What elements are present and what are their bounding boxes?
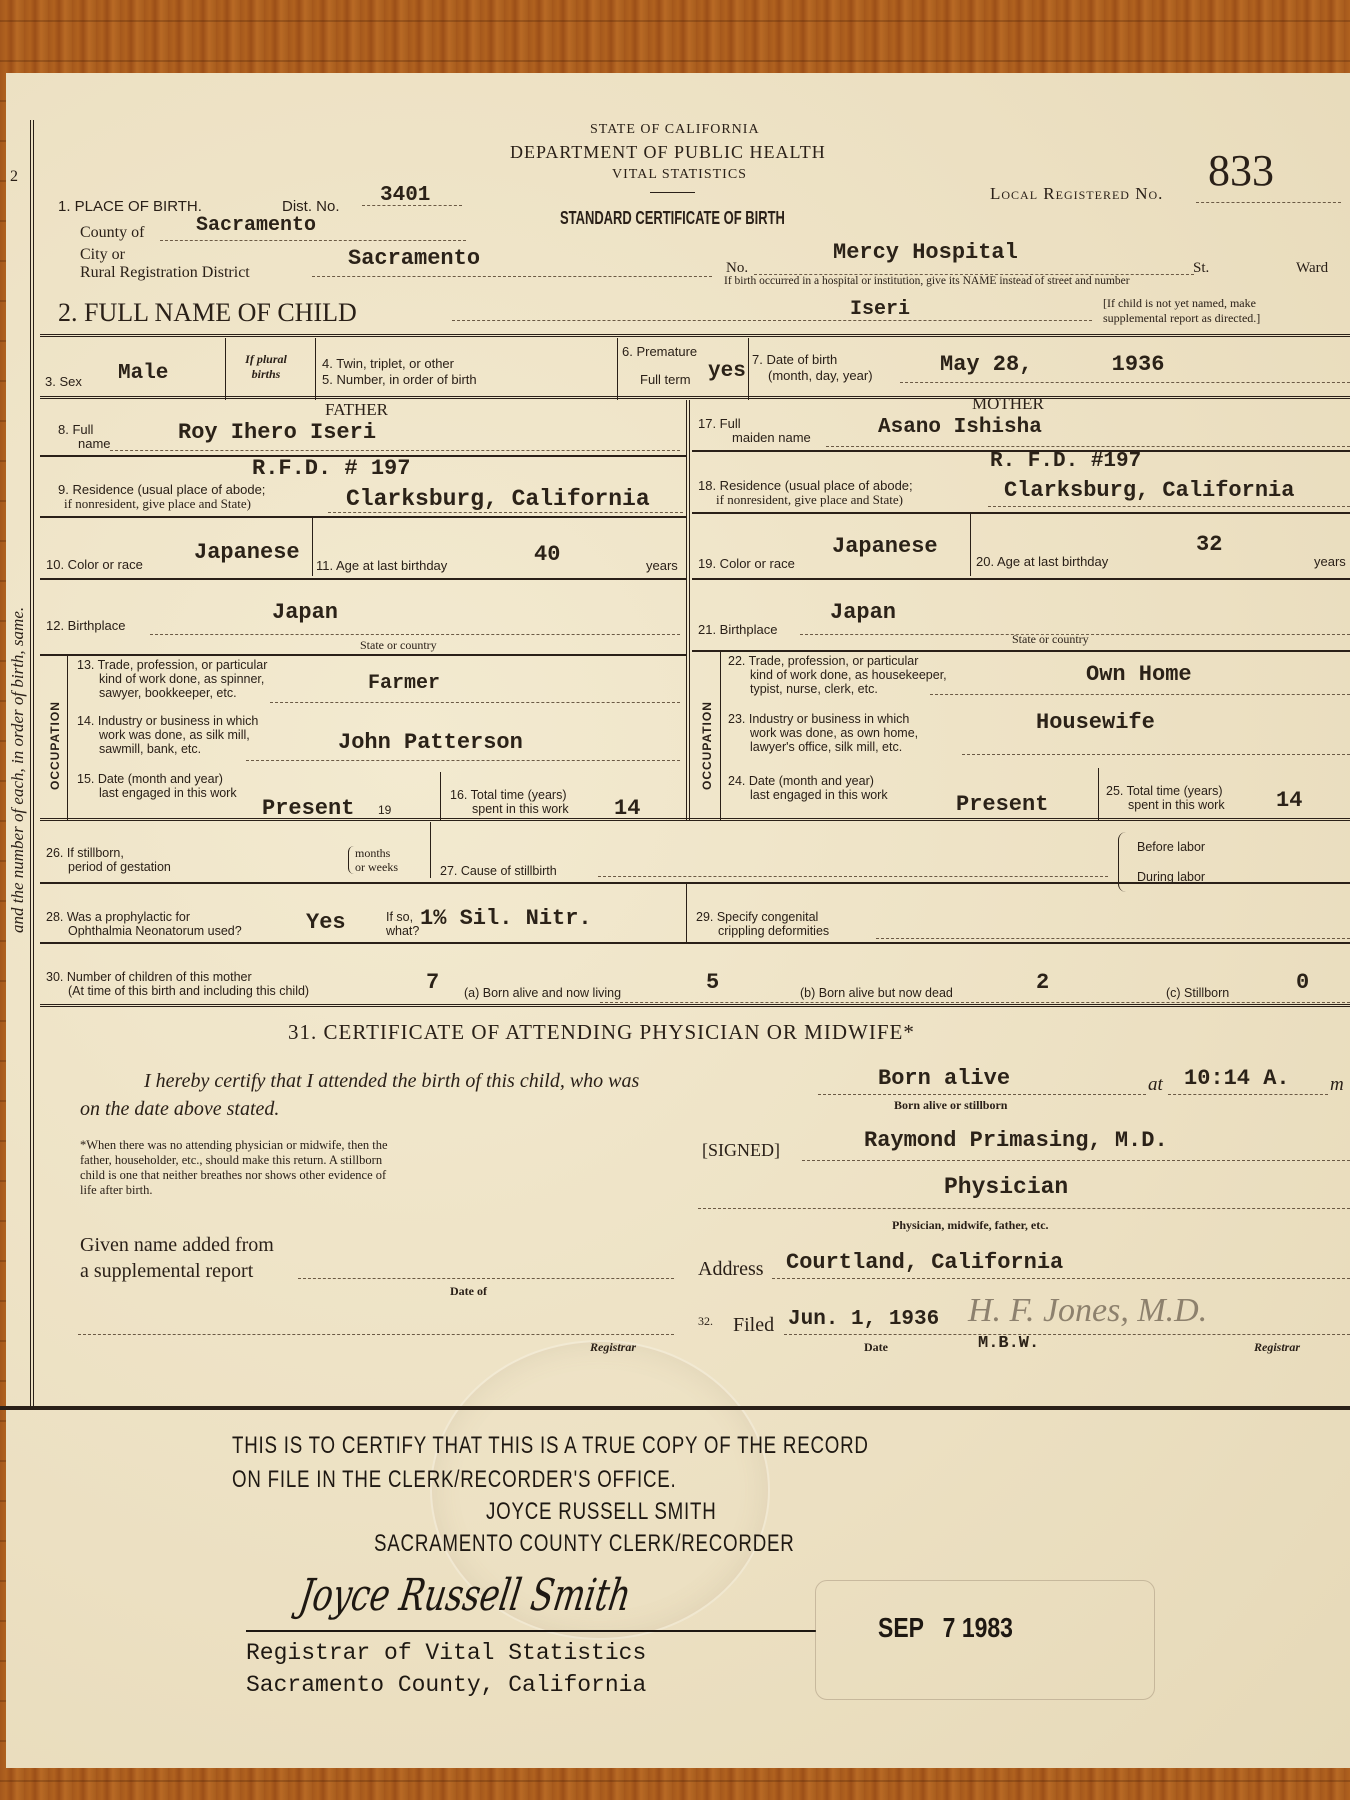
divider	[40, 654, 686, 656]
divider	[686, 400, 690, 820]
form-title: STANDARD CERTIFICATE OF BIRTH	[560, 208, 785, 229]
certify-text-1: I hereby certify that I attended the bir…	[144, 1070, 639, 1093]
signed-name-value: Raymond Primasing, M.D.	[864, 1128, 1168, 1153]
name-note-2: supplemental report as directed.]	[1103, 311, 1260, 326]
divider	[40, 1004, 1350, 1007]
cause-of-stillbirth-label: 27. Cause of stillbirth	[440, 864, 557, 878]
dist-no-label: Dist. No.	[282, 198, 340, 215]
mother-years-label: years	[1314, 554, 1346, 569]
mother-total-time-value: 14	[1276, 788, 1302, 813]
line	[826, 446, 1350, 447]
physician-footnote: *When there was no attending physician o…	[80, 1138, 400, 1198]
line	[1196, 202, 1341, 203]
divider	[692, 512, 1350, 514]
father-name-label-2: name	[78, 436, 111, 451]
line	[246, 760, 680, 761]
stillborn-value: 0	[1296, 970, 1309, 995]
line	[802, 1160, 1350, 1161]
father-residence-line2: Clarksburg, California	[346, 486, 650, 512]
label-line: last engaged in this work	[728, 788, 888, 802]
born-alive-dead-value: 2	[1036, 970, 1049, 995]
father-total-time-label: 16. Total time (years) spent in this wor…	[450, 788, 569, 816]
mother-birthplace-value: Japan	[830, 600, 896, 625]
father-occupation-label: OCCUPATION	[48, 690, 62, 790]
divider	[315, 338, 316, 400]
label-line: 29. Specify congenital	[696, 910, 829, 924]
line	[78, 1334, 674, 1335]
county-label: County of	[80, 224, 144, 242]
father-residence-label-2: if nonresident, give place and State)	[64, 496, 251, 512]
divider	[225, 338, 226, 400]
filing-registrar-caption: Registrar	[1254, 1340, 1300, 1355]
clerk-signature: Joyce Russell Smith	[296, 1570, 634, 1621]
line	[962, 754, 1350, 755]
local-registered-no: 833	[1208, 145, 1274, 196]
filed-label: Filed	[733, 1314, 774, 1337]
line	[772, 1278, 1350, 1279]
born-alive-living-value: 5	[706, 970, 719, 995]
father-residence-label-1: 9. Residence (usual place of abode;	[58, 482, 265, 497]
label-line: work was done, as own home,	[728, 726, 918, 740]
label-line: Ophthalmia Neonatorum used?	[46, 924, 242, 938]
label-line: last engaged in this work	[77, 786, 237, 800]
header-state: STATE OF CALIFORNIA	[590, 122, 760, 138]
mother-name-label-2: maiden name	[732, 430, 811, 445]
cert-line-2: ON FILE IN THE CLERK/RECORDER'S OFFICE.	[232, 1466, 677, 1494]
dob-value: May 28, 1936	[940, 352, 1164, 377]
mother-residence-label-1: 18. Residence (usual place of abode;	[698, 478, 913, 493]
divider	[686, 884, 687, 942]
city-value: Sacramento	[348, 246, 480, 271]
mother-residence-line1: R. F.D. #197	[990, 450, 1141, 473]
address-value: Courtland, California	[786, 1250, 1063, 1275]
st-label: St.	[1193, 260, 1209, 277]
sex-label: 3. Sex	[45, 374, 82, 389]
line	[328, 512, 683, 513]
physician-cert-title: 31. CERTIFICATE OF ATTENDING PHYSICIAN O…	[288, 1020, 915, 1045]
margin-side-note: and the number of each, in order of birt…	[8, 480, 32, 1060]
label-line: 26. If stillborn,	[46, 846, 171, 860]
line	[298, 1278, 674, 1279]
label-line: period of gestation	[46, 860, 171, 874]
supplemental-registrar-caption: Registrar	[590, 1340, 636, 1355]
mother-residence-line2: Clarksburg, California	[1004, 478, 1294, 503]
address-label: Address	[698, 1258, 764, 1281]
divider	[312, 516, 313, 576]
label-line: kind of work done, as spinner,	[77, 672, 267, 686]
plural-births-label: If plural births	[235, 352, 297, 382]
born-alive-living-label: (a) Born alive and now living	[464, 986, 621, 1000]
label-line: sawyer, bookkeeper, etc.	[77, 686, 267, 700]
father-race-label: 10. Color or race	[46, 557, 143, 572]
name-note-1: [If child is not yet named, make	[1103, 296, 1256, 311]
order-label: 5. Number, in order of birth	[322, 372, 477, 387]
mother-age-label: 20. Age at last birthday	[976, 554, 1108, 569]
label-line: spent in this work	[1106, 798, 1225, 812]
mother-birthplace-label: 21. Birthplace	[698, 622, 778, 637]
line	[270, 702, 680, 703]
line	[598, 876, 1108, 877]
line	[1168, 1094, 1328, 1095]
mother-race-value: Japanese	[832, 534, 938, 559]
local-registered-label: Local Registered No.	[990, 184, 1163, 204]
father-state-country-label: State or country	[360, 638, 437, 653]
line	[362, 205, 462, 206]
m-label: m	[1330, 1074, 1344, 1096]
label-line: 23. Industry or business in which	[728, 712, 918, 726]
date-of-caption: Date of	[450, 1284, 487, 1299]
born-status-value: Born alive	[878, 1066, 1010, 1091]
divider	[720, 652, 721, 820]
full-term-label: Full term	[640, 372, 691, 387]
filed-date-value: Jun. 1, 1936	[788, 1308, 939, 1331]
label-line: crippling deformities	[696, 924, 829, 938]
congenital-label: 29. Specify congenital crippling deformi…	[696, 910, 829, 938]
divider	[0, 1406, 1350, 1410]
mother-trade-label: 22. Trade, profession, or particular kin…	[728, 654, 947, 696]
label-line: 15. Date (month and year)	[77, 772, 237, 786]
line	[900, 382, 1350, 383]
label-line: 16. Total time (years)	[450, 788, 569, 802]
full-term-value: yes	[708, 360, 746, 383]
divider	[692, 578, 1350, 580]
premature-label: 6. Premature	[622, 344, 697, 359]
signed-label: [SIGNED]	[702, 1140, 780, 1161]
label-line: 25. Total time (years)	[1106, 784, 1225, 798]
filed-date-caption: Date	[864, 1340, 888, 1355]
father-date-label: 15. Date (month and year) last engaged i…	[77, 772, 237, 800]
divider	[1098, 768, 1099, 820]
divider	[40, 396, 1350, 399]
city-label-1: City or	[80, 246, 125, 264]
signature-line	[246, 1630, 816, 1632]
prophylactic-used-value: Yes	[306, 910, 346, 935]
divider	[692, 650, 1350, 652]
gestation-label: 26. If stillborn, period of gestation	[46, 846, 171, 874]
prophylactic-what-value: 1% Sil. Nitr.	[420, 906, 592, 931]
mother-race-label: 19. Color or race	[698, 556, 795, 571]
divider	[40, 578, 686, 580]
label-line: (At time of this birth and including thi…	[46, 984, 309, 998]
line	[600, 1002, 1350, 1003]
label-line: 13. Trade, profession, or particular	[77, 658, 267, 672]
label-line: kind of work done, as housekeeper,	[728, 668, 947, 682]
mother-residence-label-2: if nonresident, give place and State)	[716, 492, 903, 508]
mother-date-label: 24. Date (month and year) last engaged i…	[728, 774, 888, 802]
father-name-label-1: 8. Full	[58, 422, 93, 437]
label-line: sawmill, bank, etc.	[77, 742, 258, 756]
during-labor-label: During labor	[1137, 862, 1205, 892]
children-total-value: 7	[426, 970, 439, 995]
mother-section-title: MOTHER	[972, 394, 1044, 414]
line	[110, 450, 680, 451]
twin-label: 4. Twin, triplet, or other	[322, 356, 454, 371]
institution-value: Mercy Hospital	[833, 240, 1018, 265]
father-birthplace-value: Japan	[272, 600, 338, 625]
mother-date-value: Present	[956, 792, 1048, 817]
prophylactic-what-label: If so, what?	[386, 910, 419, 938]
line	[818, 1094, 1146, 1095]
father-birthplace-label: 12. Birthplace	[46, 618, 126, 633]
dob-label-2: (month, day, year)	[768, 368, 873, 383]
divider	[40, 942, 1350, 944]
role-caption: Physician, midwife, father, etc.	[892, 1218, 1049, 1233]
line	[988, 506, 1350, 507]
line	[876, 938, 1350, 939]
header-department: DEPARTMENT OF PUBLIC HEALTH	[510, 142, 826, 163]
born-status-caption: Born alive or stillborn	[894, 1098, 1007, 1113]
before-labor-label: Before labor	[1137, 832, 1205, 862]
certify-text-2: on the date above stated.	[80, 1098, 279, 1121]
city-label-2: Rural Registration District	[80, 264, 250, 282]
divider	[40, 334, 1350, 337]
label-line: months	[355, 846, 398, 860]
label-line: 14. Industry or business in which	[77, 714, 258, 728]
label-line: If so,	[386, 910, 419, 924]
line	[150, 634, 680, 635]
label-line: typist, nurse, clerk, etc.	[728, 682, 947, 696]
divider	[440, 772, 441, 820]
mother-trade-value: Own Home	[1086, 662, 1192, 687]
mother-occupation-label: OCCUPATION	[700, 690, 714, 790]
children-label: 30. Number of children of this mother (A…	[46, 970, 309, 998]
father-trade-value: Farmer	[368, 672, 440, 695]
stillborn-label: (c) Stillborn	[1166, 986, 1229, 1000]
cert-line-1: THIS IS TO CERTIFY THAT THIS IS A TRUE C…	[232, 1432, 869, 1460]
dist-no-value: 3401	[380, 184, 430, 207]
full-name-label: 2. FULL NAME OF CHILD	[58, 298, 357, 328]
given-name-label-2: a supplemental report	[80, 1260, 253, 1283]
divider	[617, 338, 618, 400]
father-age-value: 40	[534, 542, 560, 567]
mother-total-time-label: 25. Total time (years) spent in this wor…	[1106, 784, 1225, 812]
father-industry-label: 14. Industry or business in which work w…	[77, 714, 258, 756]
role-value: Physician	[944, 1174, 1068, 1200]
divider	[748, 338, 749, 400]
divider	[67, 656, 68, 820]
header-rule	[650, 192, 695, 193]
label-line: 30. Number of children of this mother	[46, 970, 309, 984]
divider	[970, 512, 971, 576]
line	[784, 1334, 1350, 1335]
father-age-label: 11. Age at last birthday	[316, 558, 447, 573]
ward-label: Ward	[1296, 260, 1328, 277]
institution-note: If birth occurred in a hospital or insti…	[724, 275, 1130, 287]
divider	[40, 818, 1350, 821]
line	[312, 276, 712, 277]
registrar-signature: H. F. Jones, M.D.	[968, 1292, 1207, 1330]
at-label: at	[1148, 1074, 1163, 1096]
registrar-initials: M.B.W.	[978, 1334, 1039, 1353]
divider	[40, 516, 686, 518]
sex-value: Male	[118, 362, 168, 385]
father-date-year-prefix: 19	[378, 803, 391, 817]
label-line: 28. Was a prophylactic for	[46, 910, 242, 924]
birth-time-value: 10:14 A.	[1184, 1066, 1290, 1091]
father-trade-label: 13. Trade, profession, or particular kin…	[77, 658, 267, 700]
mother-age-value: 32	[1196, 532, 1222, 557]
label-line: 24. Date (month and year)	[728, 774, 888, 788]
mother-name-label-1: 17. Full	[698, 416, 741, 431]
registrar-location: Sacramento County, California	[246, 1672, 646, 1698]
father-section-title: FATHER	[325, 400, 388, 420]
given-name-label-1: Given name added from	[80, 1234, 274, 1257]
label-line: lawyer's office, silk mill, etc.	[728, 740, 918, 754]
label-line: or weeks	[355, 860, 398, 874]
page-number: 2	[10, 168, 18, 186]
mother-industry-value: Housewife	[1036, 710, 1155, 735]
divider	[430, 822, 431, 878]
label-line: 22. Trade, profession, or particular	[728, 654, 947, 668]
father-industry-value: John Patterson	[338, 730, 523, 755]
dob-label-1: 7. Date of birth	[752, 352, 837, 367]
label-line: what?	[386, 924, 419, 938]
line	[930, 694, 1350, 695]
child-name-value: Iseri	[850, 298, 910, 321]
line	[452, 320, 1092, 321]
father-name-value: Roy Ihero Iseri	[178, 420, 376, 445]
line	[160, 240, 466, 241]
father-years-label: years	[646, 558, 678, 573]
stamp-date: SEP 7 1983	[878, 1612, 1013, 1644]
prophylactic-label: 28. Was a prophylactic for Ophthalmia Ne…	[46, 910, 242, 938]
cert-official-name: JOYCE RUSSELL SMITH	[486, 1498, 717, 1526]
line	[698, 1208, 1350, 1209]
label-line: spent in this work	[450, 802, 569, 816]
father-residence-line1: R.F.D. # 197	[252, 456, 410, 481]
header-division: VITAL STATISTICS	[612, 167, 747, 183]
mother-industry-label: 23. Industry or business in which work w…	[728, 712, 918, 754]
county-value: Sacramento	[196, 214, 316, 237]
father-race-value: Japanese	[194, 540, 300, 565]
months-weeks-label: months or weeks	[348, 846, 398, 874]
mother-name-value: Asano Ishisha	[878, 416, 1042, 439]
mother-state-country-label: State or country	[1012, 632, 1089, 647]
place-of-birth-label: 1. PLACE OF BIRTH.	[58, 198, 202, 215]
filed-label-num: 32.	[698, 1314, 713, 1329]
cert-official-title: SACRAMENTO COUNTY CLERK/RECORDER	[374, 1530, 795, 1558]
registrar-title: Registrar of Vital Statistics	[246, 1640, 646, 1666]
born-alive-dead-label: (b) Born alive but now dead	[800, 986, 953, 1000]
divider	[40, 882, 1350, 884]
label-line: work was done, as silk mill,	[77, 728, 258, 742]
